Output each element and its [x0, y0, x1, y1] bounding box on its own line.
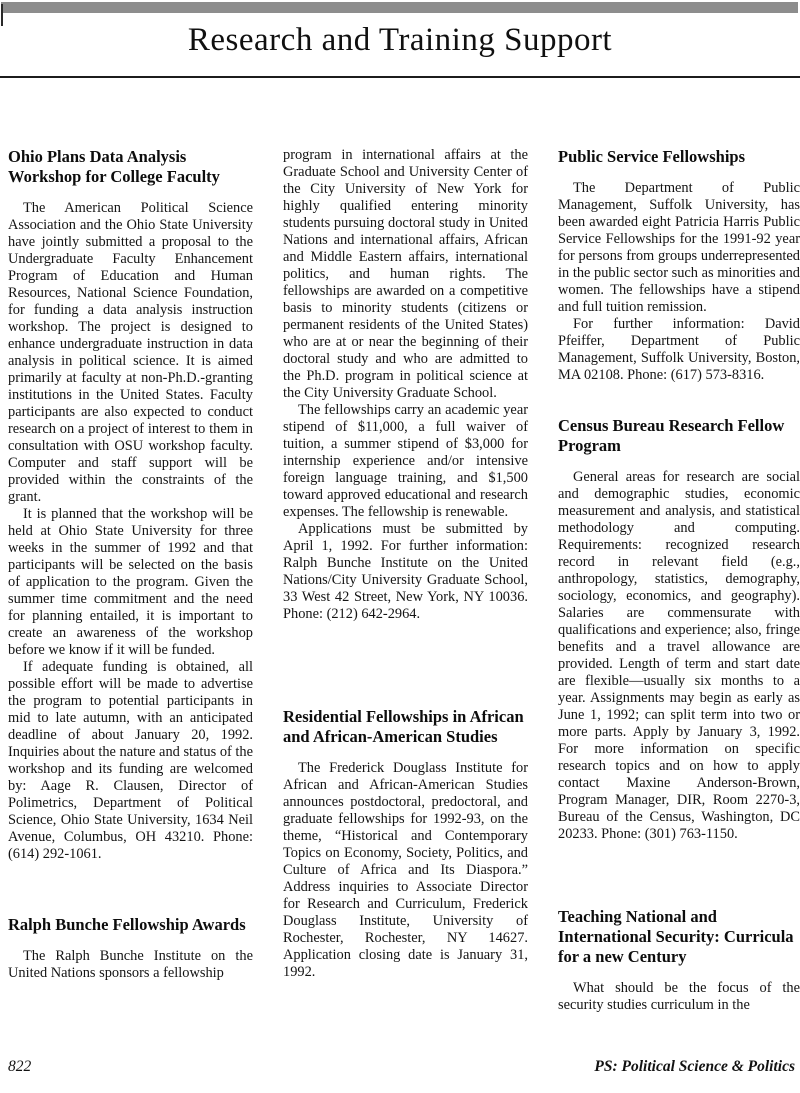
- paragraph: If adequate funding is obtained, all pos…: [8, 659, 253, 863]
- paragraph: The American Political Science Associati…: [8, 200, 253, 506]
- paragraph: The Frederick Douglass Institute for Afr…: [283, 760, 528, 981]
- section-heading-teaching-security: Teaching National and International Secu…: [558, 907, 800, 967]
- paragraph: It is planned that the workshop will be …: [8, 506, 253, 659]
- paragraph-continuation: program in international affairs at the …: [283, 147, 528, 402]
- title-divider-rule: [0, 76, 800, 78]
- page-footer: 822 PS: Political Science & Politics: [8, 1058, 795, 1076]
- paragraph: General areas for research are social an…: [558, 469, 800, 843]
- journal-page: Research and Training Support Ohio Plans…: [0, 0, 800, 1093]
- section-heading-census-bureau: Census Bureau Research Fellow Program: [558, 416, 800, 456]
- page-title: Research and Training Support: [0, 22, 800, 59]
- paragraph: For further information: David Pfeiffer,…: [558, 316, 800, 384]
- article-columns: Ohio Plans Data Analysis Workshop for Co…: [8, 147, 800, 1014]
- page-number: 822: [8, 1058, 31, 1076]
- paragraph: Applications must be submitted by April …: [283, 521, 528, 623]
- column-left: Ohio Plans Data Analysis Workshop for Co…: [8, 147, 253, 1014]
- paragraph: The Department of Public Management, Suf…: [558, 180, 800, 316]
- section-heading-ralph-bunche: Ralph Bunche Fellowship Awards: [8, 915, 253, 935]
- journal-name: PS: Political Science & Politics: [594, 1058, 795, 1076]
- section-heading-public-service: Public Service Fellowships: [558, 147, 800, 167]
- paragraph: What should be the focus of the security…: [558, 980, 800, 1014]
- column-middle: program in international affairs at the …: [283, 147, 528, 1014]
- paragraph: The fellowships carry an academic year s…: [283, 402, 528, 521]
- paragraph: The Ralph Bunche Institute on the United…: [8, 948, 253, 982]
- section-heading-residential-fellowships: Residential Fellowships in African and A…: [283, 707, 528, 747]
- section-heading-ohio-workshop: Ohio Plans Data Analysis Workshop for Co…: [8, 147, 253, 187]
- scan-top-bar: [1, 2, 798, 13]
- column-right: Public Service Fellowships The Departmen…: [558, 147, 800, 1014]
